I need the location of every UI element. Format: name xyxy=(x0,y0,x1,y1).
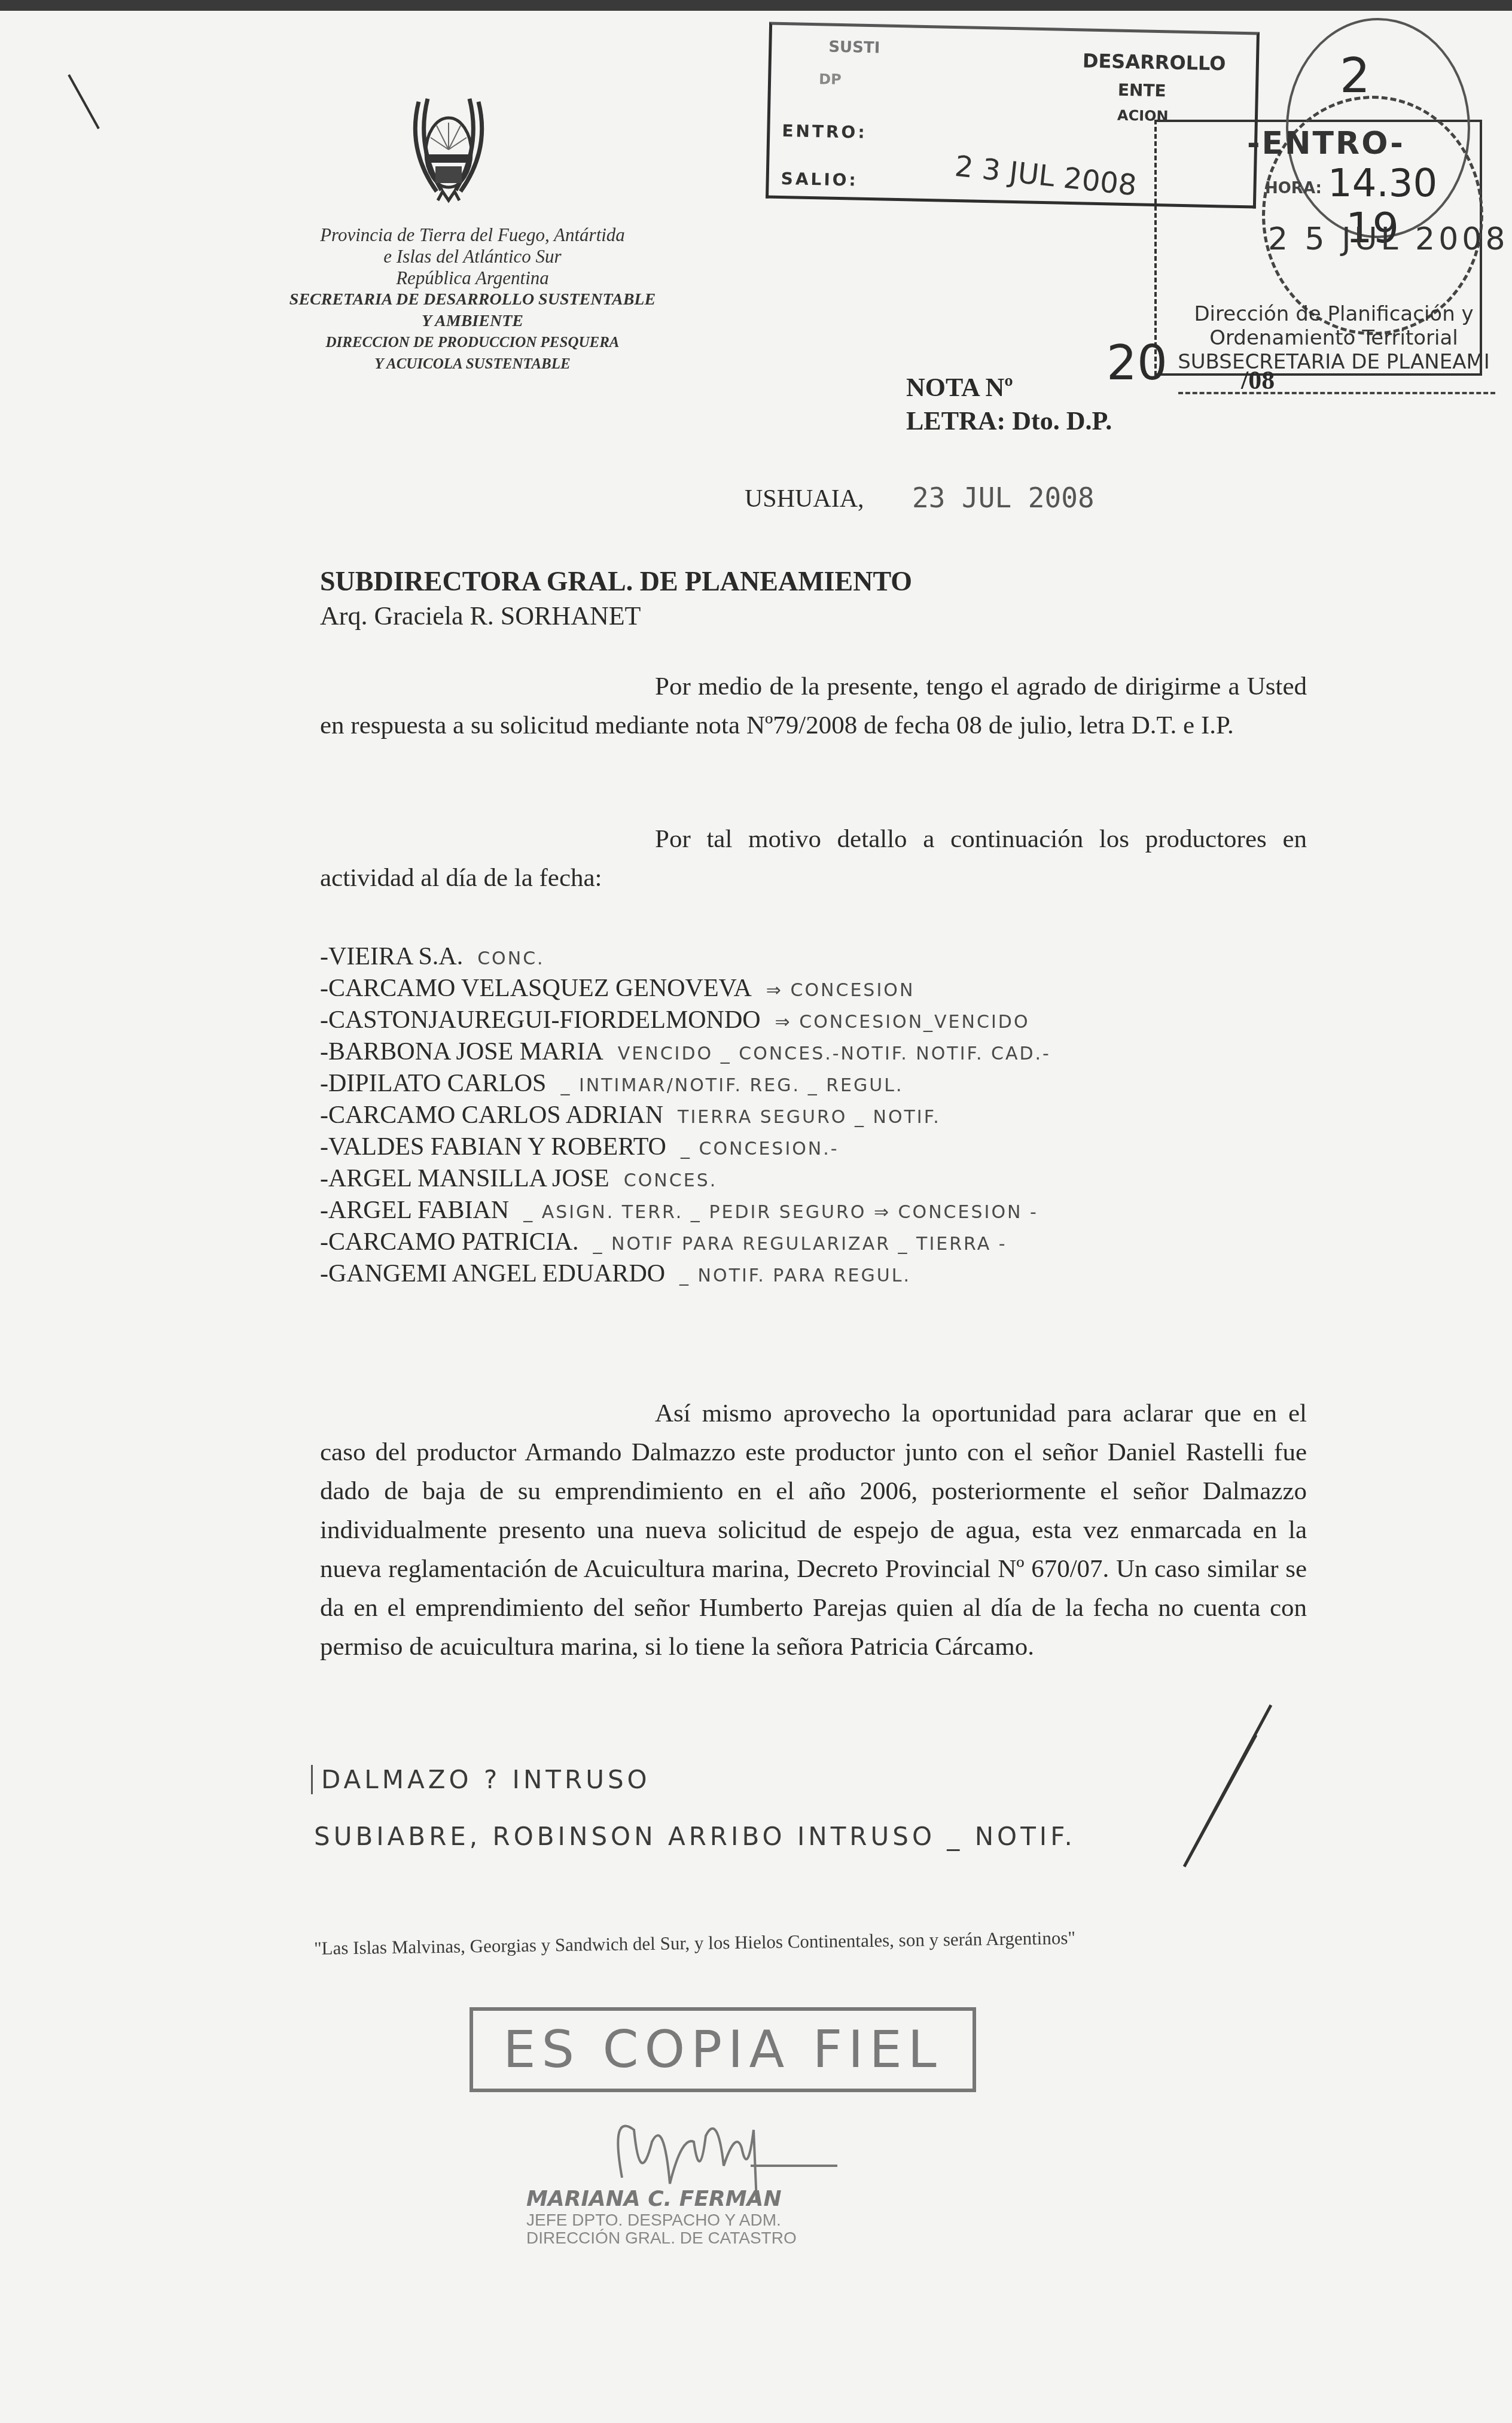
list-item: -CARCAMO CARLOS ADRIANTIERRA SEGURO _ NO… xyxy=(320,1101,1051,1133)
nota-label: NOTA Nº xyxy=(906,371,1112,404)
department-stamp: Dirección de Planificación y Ordenamient… xyxy=(1172,302,1495,374)
letterhead-country: República Argentina xyxy=(251,267,694,289)
letterhead-province: Provincia de Tierra del Fuego, Antártida xyxy=(251,224,694,246)
letterhead-secretariat: SECRETARIA DE DESARROLLO SUSTENTABLE xyxy=(251,289,694,311)
hora-value: 14.30 xyxy=(1328,162,1437,206)
list-item: -VIEIRA S.A.CONC. xyxy=(320,942,1051,974)
salio-label: SALIO: xyxy=(781,169,858,190)
paragraph-text: Por tal motivo detallo a continuación lo… xyxy=(320,825,1307,892)
department-line: SUBSECRETARIA DE PLANEAMI xyxy=(1172,350,1495,374)
certified-copy-text: ES COPIA FIEL xyxy=(473,2011,973,2089)
producer-name: -CARCAMO VELASQUEZ GENOVEVA xyxy=(320,974,752,1003)
stamp-fragment: ENTE xyxy=(1118,80,1166,101)
list-item: -VALDES FABIAN Y ROBERTO_ CONCESION.- xyxy=(320,1133,1051,1164)
producers-list: -VIEIRA S.A.CONC. -CARCAMO VELASQUEZ GEN… xyxy=(320,942,1051,1291)
handwritten-note: VENCIDO _ CONCES.-NOTIF. NOTIF. CAD.- xyxy=(618,1043,1051,1064)
note-reference: NOTA Nº LETRA: Dto. D.P. xyxy=(906,371,1112,438)
paragraph-list-intro: Por tal motivo detallo a continuación lo… xyxy=(320,820,1307,897)
department-line: Ordenamiento Territorial xyxy=(1172,326,1495,350)
addressee-role: SUBDIRECTORA GRAL. DE PLANEAMIENTO xyxy=(320,565,912,597)
letterhead-secretariat-2: Y AMBIENTE xyxy=(251,311,694,332)
list-item: -ARGEL FABIAN_ ASIGN. TERR. _ PEDIR SEGU… xyxy=(320,1196,1051,1228)
list-item: -DIPILATO CARLOS_ INTIMAR/NOTIF. REG. _ … xyxy=(320,1069,1051,1101)
signature-mark xyxy=(1160,1699,1280,1873)
letterhead-direction-2: Y ACUICOLA SUSTENTABLE xyxy=(251,354,694,375)
producer-name: -GANGEMI ANGEL EDUARDO xyxy=(320,1259,665,1288)
handwritten-note: CONCES. xyxy=(624,1170,717,1191)
hora-label: HORA: xyxy=(1265,179,1322,197)
handwritten-note: _ NOTIF PARA REGULARIZAR _ TIERRA - xyxy=(593,1234,1007,1255)
certified-copy-stamp: ES COPIA FIEL xyxy=(470,2007,976,2092)
handwritten-annotation: DALMAZO ? INTRUSO xyxy=(311,1765,651,1794)
paragraph-clarification: Así mismo aprovecho la oportunidad para … xyxy=(320,1394,1307,1666)
paragraph-text: Así mismo aprovecho la oportunidad para … xyxy=(320,1399,1307,1661)
nota-year: /08 xyxy=(1241,365,1275,395)
letterhead-islands: e Islas del Atlántico Sur xyxy=(251,246,694,267)
stamp-fragment: DESARROLLO xyxy=(1083,49,1226,75)
producer-name: -CARCAMO CARLOS ADRIAN xyxy=(320,1101,663,1130)
producer-name: -DIPILATO CARLOS xyxy=(320,1069,546,1098)
signer-name: MARIANA C. FERMAN xyxy=(526,2187,797,2211)
list-item: -ARGEL MANSILLA JOSECONCES. xyxy=(320,1164,1051,1196)
handwritten-note: CONC. xyxy=(477,948,545,969)
producer-name: -CASTONJAUREGUI-FIORDELMONDO xyxy=(320,1006,761,1034)
footer-motto: "Las Islas Malvinas, Georgias y Sandwich… xyxy=(314,1927,1075,1959)
paragraph-text: Por medio de la presente, tengo el agrad… xyxy=(320,672,1307,739)
paragraph-intro: Por medio de la presente, tengo el agrad… xyxy=(320,667,1307,745)
producer-name: -CARCAMO PATRICIA. xyxy=(320,1228,579,1256)
handwritten-note: TIERRA SEGURO _ NOTIF. xyxy=(678,1107,941,1128)
pen-mark xyxy=(66,72,102,132)
folio-number: 2 xyxy=(1340,48,1370,104)
producer-name: -ARGEL FABIAN xyxy=(320,1196,509,1225)
stamp-fragment: DP xyxy=(819,71,842,88)
producer-name: -BARBONA JOSE MARIA xyxy=(320,1037,603,1066)
list-item: -GANGEMI ANGEL EDUARDO_ NOTIF. PARA REGU… xyxy=(320,1259,1051,1291)
producer-name: -VIEIRA S.A. xyxy=(320,942,463,971)
entro-status: -ENTRO- xyxy=(1247,126,1405,162)
letterhead: Provincia de Tierra del Fuego, Antártida… xyxy=(251,224,694,375)
handwritten-note: ⇒ CONCESION xyxy=(766,980,915,1001)
entro-label: ENTRO: xyxy=(782,121,867,142)
letter-date: 23 JUL 2008 xyxy=(912,482,1095,514)
list-item: -CARCAMO PATRICIA._ NOTIF PARA REGULARIZ… xyxy=(320,1228,1051,1259)
producer-name: -VALDES FABIAN Y ROBERTO xyxy=(320,1133,666,1161)
place: USHUAIA, xyxy=(745,485,864,513)
producer-name: -ARGEL MANSILLA JOSE xyxy=(320,1164,609,1193)
reception-date: 2 5 JUL 2008 xyxy=(1268,221,1508,257)
stamp-divider xyxy=(1178,392,1495,394)
list-item: -BARBONA JOSE MARIAVENCIDO _ CONCES.-NOT… xyxy=(320,1037,1051,1069)
handwritten-note: ⇒ CONCESION_VENCIDO xyxy=(775,1012,1030,1033)
handwritten-note: _ INTIMAR/NOTIF. REG. _ REGUL. xyxy=(560,1075,903,1096)
addressee-name: Arq. Graciela R. SORHANET xyxy=(320,601,912,631)
letterhead-direction: DIRECCION DE PRODUCCION PESQUERA xyxy=(251,332,694,354)
stamp-fragment: SUSTI xyxy=(828,38,880,57)
provincial-crest-icon xyxy=(401,90,496,209)
handwritten-annotation: SUBIABRE, ROBINSON ARRIBO INTRUSO _ NOTI… xyxy=(314,1822,1076,1851)
signer-title: JEFE DPTO. DESPACHO Y ADM. xyxy=(526,2211,797,2229)
handwritten-note: _ CONCESION.- xyxy=(681,1139,839,1159)
list-item: -CARCAMO VELASQUEZ GENOVEVA⇒ CONCESION xyxy=(320,974,1051,1006)
addressee: SUBDIRECTORA GRAL. DE PLANEAMIENTO Arq. … xyxy=(320,565,912,631)
nota-number: 20 xyxy=(1106,335,1167,391)
signer-block: MARIANA C. FERMAN JEFE DPTO. DESPACHO Y … xyxy=(526,2187,797,2247)
letra: LETRA: Dto. D.P. xyxy=(906,404,1112,438)
department-line: Dirección de Planificación y xyxy=(1172,302,1495,326)
list-item: -CASTONJAUREGUI-FIORDELMONDO⇒ CONCESION_… xyxy=(320,1006,1051,1037)
scan-edge xyxy=(0,0,1512,11)
salio-date: 2 3 JUL 2008 xyxy=(953,150,1138,203)
handwritten-note: _ ASIGN. TERR. _ PEDIR SEGURO ⇒ CONCESIO… xyxy=(523,1202,1038,1223)
handwritten-note: _ NOTIF. PARA REGUL. xyxy=(679,1265,911,1286)
signer-office: DIRECCIÓN GRAL. DE CATASTRO xyxy=(526,2229,797,2247)
